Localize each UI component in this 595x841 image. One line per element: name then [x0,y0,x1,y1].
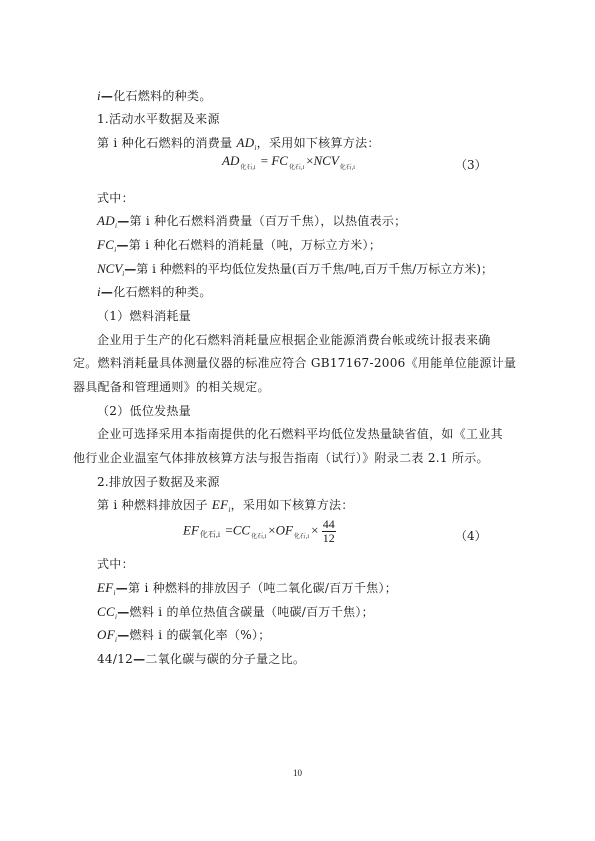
paragraph-line: 第 i 种燃料排放因子 EFi，采用如下核算方法： [97,497,354,518]
symbol: NCVi [97,261,124,276]
symbol: EFi [212,497,231,512]
definition-line: i—化石燃料的种类。 [97,284,212,300]
definition-line: i—化石燃料的种类。 [97,88,212,104]
dash: — [101,89,113,103]
heading-text: 1.活动水平数据及来源 [97,112,220,126]
formula-4: EF化石,i =CC化石,i×OF化石,i× 4412 [183,518,336,545]
definition-line: OFi—燃料 i 的碳氧化率（%）； [97,627,271,648]
document-page: i—化石燃料的种类。 1.活动水平数据及来源 第 i 种化石燃料的消费量 ADi… [0,0,595,841]
paragraph-line: 定。燃料消耗量具体测量仪器的标准应符合 GB17167-2006《用能单位能源计… [73,355,516,371]
where-label: 式中： [97,556,134,572]
text: 式中： [97,191,134,205]
paragraph-line: 企业用于生产的化石燃料消耗量应根据企业能源消费台帐或统计报表来确 [97,332,491,348]
where-label: 式中： [97,190,134,206]
paragraph-line: 企业可选择采用本指南提供的化石燃料平均低位发热量缺省值，如《工业其 [97,426,503,442]
symbol: EFi [97,580,116,595]
definition-line: ADi—第 i 种化石燃料消费量（百万千焦），以热值表示； [97,213,406,234]
subsection-heading: （2）低位发热量 [97,403,191,419]
formula-3: AD化石,i = FC化石,i×NCV化石,i [222,153,357,171]
section-heading: 1.活动水平数据及来源 [97,111,220,127]
equation-number-3: （3） [455,156,487,173]
definition-line: NCVi—第 i 种燃料的平均低位发热量(百万千焦/吨,百万千焦/万标立方米)； [97,261,493,282]
section-heading: 2.排放因子数据及来源 [97,474,220,490]
symbol: CCi [97,604,117,619]
definition-text: 化石燃料的种类。 [113,89,211,103]
definition-line: CCi—燃料 i 的单位热值含碳量（吨碳/百万千焦）； [97,604,374,625]
definition-line: 44/12—二氧化碳与碳的分子量之比。 [97,651,305,667]
symbol: FCi [97,237,116,252]
subsection-heading: （1）燃料消耗量 [97,308,191,324]
paragraph-line: 器具配备和管理通则》的相关规定。 [73,379,270,395]
equation-number-4: （4） [455,527,487,544]
page-number: 10 [0,768,595,778]
symbol: OFi [97,627,117,642]
paragraph-line: 他行业企业温室气体排放核算方法与报告指南（试行）》附录二表 2.1 所示。 [73,450,489,466]
symbol: ADi [97,213,117,228]
symbol: ADi [236,135,256,150]
text: ，采用如下核算方法： [257,136,380,150]
text: 第 i 种化石燃料的消费量 [97,136,236,150]
fraction: 4412 [322,518,336,545]
definition-line: FCi—第 i 种化石燃料的消耗量（吨，万标立方米）； [97,237,381,258]
definition-line: EFi—第 i 种燃料的排放因子（吨二氧化碳/百万千焦）； [97,580,397,601]
